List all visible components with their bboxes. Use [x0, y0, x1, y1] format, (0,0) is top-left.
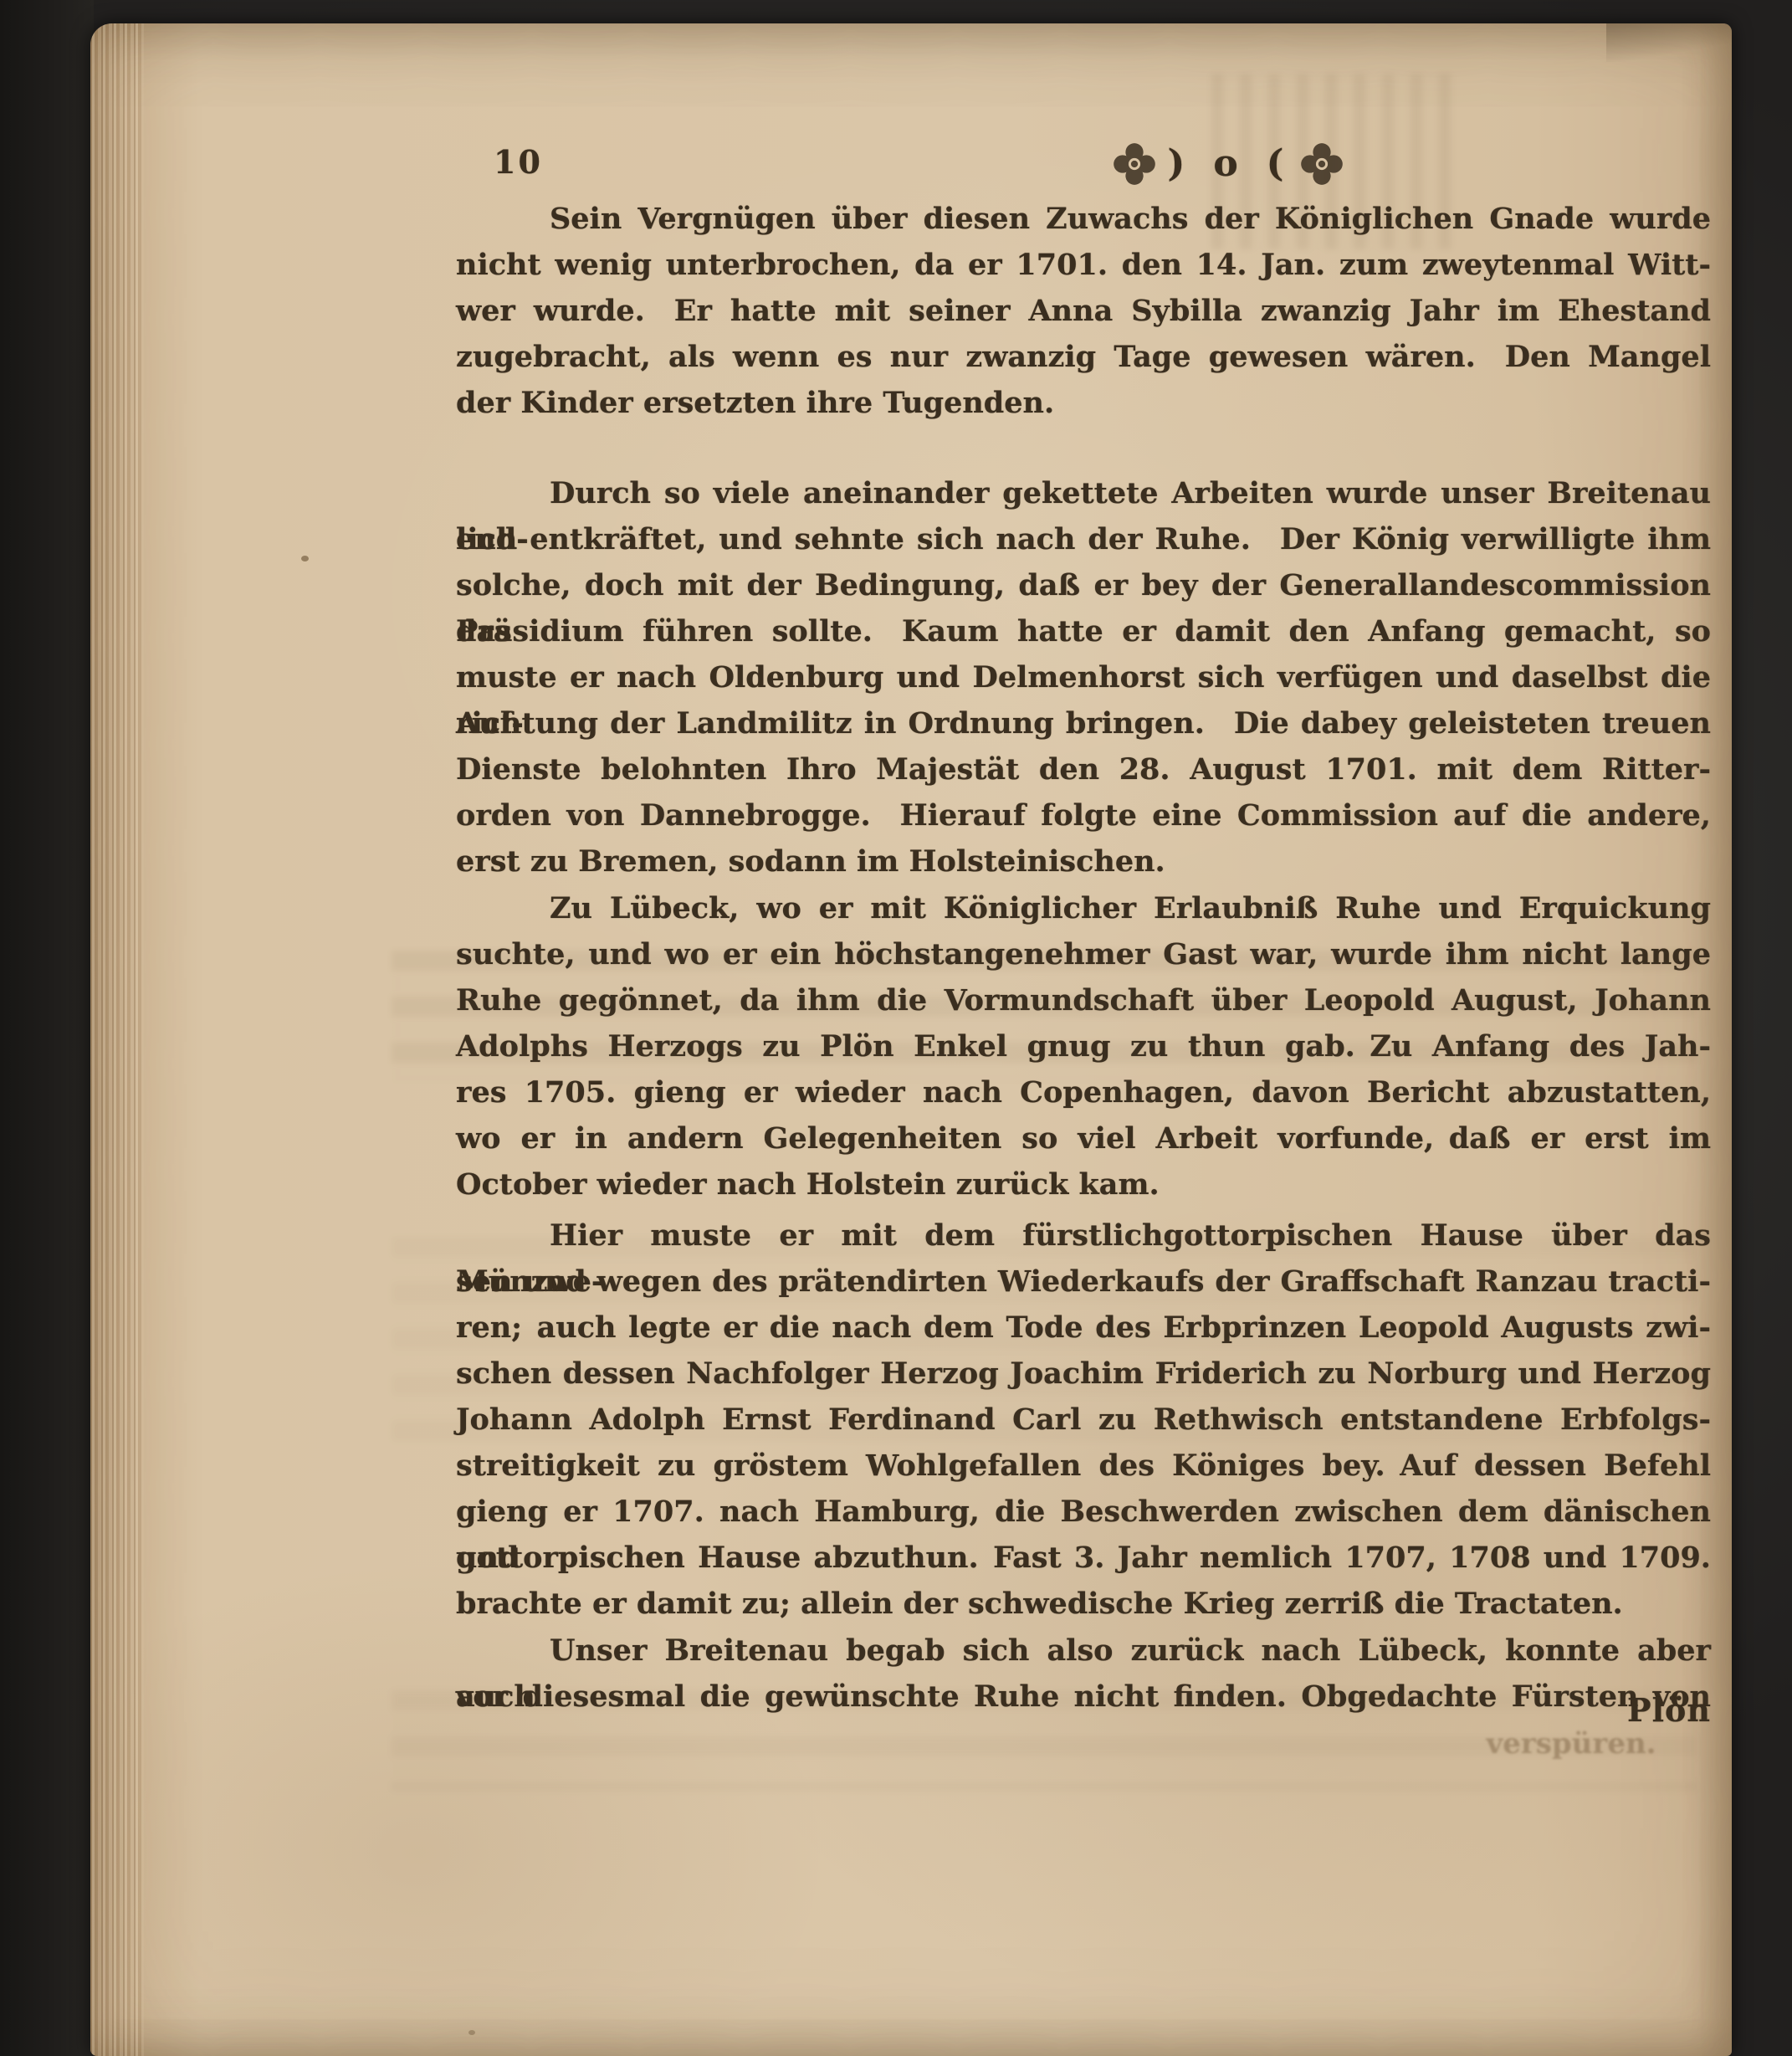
text-line: suchte, und wo er ein höchstangenehmer G…: [456, 931, 1711, 977]
text-line: res 1705. gieng er wieder nach Copenhage…: [456, 1069, 1711, 1115]
header-ornament: ) o (: [1027, 131, 1429, 197]
paragraph: Hier muste er mit dem fürstlichgottorpis…: [456, 1213, 1711, 1627]
text-line: nicht wenig unterbrochen, da er 1701. de…: [456, 242, 1711, 288]
text-line: schen dessen Nachfolger Herzog Joachim F…: [456, 1351, 1711, 1397]
ornament-text: ) o (: [1168, 146, 1289, 182]
scanned-book-page: { "document": { "page_number": "10", "he…: [0, 0, 1792, 2056]
text-line: richtung der Landmilitz in Ordnung bring…: [456, 700, 1711, 746]
paragraph: Zu Lübeck, wo er mit Königlicher Erlaubn…: [456, 885, 1711, 1207]
text-line: ren; auch legte er die nach dem Tode des…: [456, 1305, 1711, 1351]
text-line: wo er in andern Gelegenheiten so viel Ar…: [456, 1115, 1711, 1161]
text-line: Hier muste er mit dem fürstlichgottorpis…: [456, 1213, 1711, 1259]
text-line: sen und wegen des prätendirten Wiederkau…: [456, 1259, 1711, 1305]
text-line: orden von Dannebrogge. Hierauf folgte ei…: [456, 792, 1711, 838]
catchword: Plön: [456, 1690, 1711, 1730]
text-line: Ruhe gegönnet, da ihm die Vormundschaft …: [456, 977, 1711, 1023]
text-line: Dienste belohnten Ihro Majestät den 28. …: [456, 746, 1711, 792]
ghost-show-through-text: verspüren.: [1395, 1725, 1747, 1762]
flower-ornament-icon: [1300, 142, 1344, 186]
text-line: der Kinder ersetzten ihre Tugenden.: [456, 380, 1711, 426]
text-line: October wieder nach Holstein zurück kam.: [456, 1161, 1711, 1207]
text-line: Unser Breitenau begab sich also zurück n…: [456, 1628, 1711, 1674]
paragraph: Durch so viele aneinander gekettete Arbe…: [456, 470, 1711, 884]
binding-edge: [90, 23, 144, 2056]
text-line: lich entkräftet, und sehnte sich nach de…: [456, 516, 1711, 562]
text-line: Zu Lübeck, wo er mit Königlicher Erlaubn…: [456, 885, 1711, 931]
text-line: gieng er 1707. nach Hamburg, die Beschwe…: [456, 1489, 1711, 1535]
text-line: zugebracht, als wenn es nur zwanzig Tage…: [456, 334, 1711, 380]
text-line: streitigkeit zu gröstem Wohlgefallen des…: [456, 1443, 1711, 1489]
text-line: gottorpischen Hause abzuthun. Fast 3. Ja…: [456, 1535, 1711, 1581]
text-line: Sein Vergnügen über diesen Zuwachs der K…: [456, 196, 1711, 242]
text-line: brachte er damit zu; allein der schwedis…: [456, 1581, 1711, 1627]
text-line: erst zu Bremen, sodann im Holsteinischen…: [456, 838, 1711, 884]
text-line: Adolphs Herzogs zu Plön Enkel gnug zu th…: [456, 1023, 1711, 1069]
paragraph: Sein Vergnügen über diesen Zuwachs der K…: [456, 196, 1711, 426]
ink-speck: [468, 2030, 475, 2035]
text-line: wer wurde. Er hatte mit seiner Anna Sybi…: [456, 288, 1711, 334]
page-number: 10: [494, 146, 543, 179]
scanner-background-left: [0, 0, 94, 2056]
text-line: Durch so viele aneinander gekettete Arbe…: [456, 470, 1711, 516]
ink-speck: [301, 556, 309, 561]
text-line: Präsidium führen sollte. Kaum hatte er d…: [456, 608, 1711, 654]
flower-ornament-icon: [1113, 142, 1156, 186]
text-line: Johann Adolph Ernst Ferdinand Carl zu Re…: [456, 1397, 1711, 1443]
text-line: solche, doch mit der Bedingung, daß er b…: [456, 562, 1711, 608]
text-line: muste er nach Oldenburg und Delmenhorst …: [456, 654, 1711, 700]
paper: 10 ) o ( Sein Vergnügen über diesen Zuwa…: [90, 23, 1732, 2056]
corner-fold: [1606, 23, 1732, 62]
